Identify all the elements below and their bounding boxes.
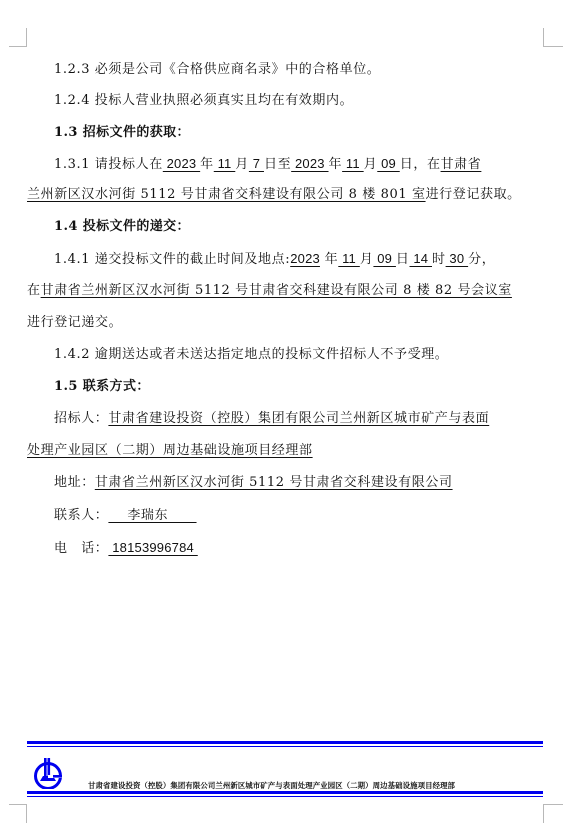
hour-field: 14	[410, 251, 432, 266]
heading-1-5: 1.5 联系方式：	[54, 379, 150, 395]
unit-text: 月	[364, 157, 378, 172]
footer-rule-bottom-thick	[27, 791, 543, 794]
phone-label: 电 话：	[54, 541, 108, 556]
clause-1-4-1: 1.4.1 递交投标文件的截止时间及地点:2023 年 11 月 09 日 14…	[54, 251, 495, 268]
unit-text: 日，在	[400, 157, 441, 172]
day-field: 7	[249, 156, 264, 171]
location-field: 兰州新区汉水河街 5112 号甘肃省交科建设有限公司 8 楼 801 室	[27, 187, 426, 202]
contact-label: 联系人：	[54, 508, 108, 523]
month-field: 11	[338, 251, 360, 266]
unit-text: 年	[329, 157, 343, 172]
address-label: 地址：	[54, 475, 95, 490]
unit-text: 时	[432, 252, 446, 267]
footer-org-name: 甘肃省建设投资（控股）集团有限公司兰州新区城市矿产与表面处理产业园区（二期）周边…	[88, 780, 455, 791]
crop-mark-top-right	[543, 28, 563, 47]
document-page: 1.2.3 必须是公司《合格供应商名录》中的合格单位。 1.2.4 投标人营业执…	[0, 0, 581, 829]
phone-value: 18153996784	[108, 540, 197, 555]
address-value: 甘肃省兰州新区汉水河街 5112 号甘肃省交科建设有限公司	[95, 475, 453, 490]
unit-text: 在	[27, 283, 41, 298]
unit-text: 年	[320, 252, 338, 267]
year-field: 2023	[163, 156, 200, 171]
unit-text: 分，	[468, 252, 495, 267]
day-field: 09	[377, 156, 399, 171]
footer-rule-top-thin	[27, 746, 543, 747]
crop-mark-bottom-right	[543, 804, 563, 823]
heading-1-4: 1.4 投标文件的递交：	[54, 219, 190, 235]
year-field: 2023	[290, 251, 320, 266]
clause-1-4-1-cont: 在甘肃省兰州新区汉水河街 5112 号甘肃省交科建设有限公司 8 楼 82 号会…	[27, 283, 512, 299]
clause-prefix: 1.4.1 递交投标文件的截止时间及地点:	[54, 252, 290, 267]
tenderer-line: 招标人：甘肃省建设投资（控股）集团有限公司兰州新区城市矿产与表面	[54, 411, 489, 427]
month-field: 11	[214, 156, 236, 171]
day-field: 09	[373, 251, 395, 266]
location-field: 甘肃省兰州新区汉水河街 5112 号甘肃省交科建设有限公司 8 楼 82 号会议…	[41, 283, 512, 298]
phone-line: 电 话： 18153996784	[54, 540, 198, 557]
crop-mark-top-left	[9, 28, 27, 47]
footer-rule-bottom-thin	[27, 796, 543, 797]
clause-1-3-1-cont: 兰州新区汉水河街 5112 号甘肃省交科建设有限公司 8 楼 801 室进行登记…	[27, 187, 521, 203]
tenderer-label: 招标人：	[54, 411, 108, 426]
footer-rule-top-thick	[27, 741, 543, 744]
location-field: 甘肃省	[441, 157, 482, 172]
year-field: 2023	[291, 156, 328, 171]
contact-value: 李瑞东	[108, 508, 196, 523]
clause-1-2-4: 1.2.4 投标人营业执照必须真实且均在有效期内。	[54, 93, 353, 109]
tenderer-value-cont: 处理产业园区（二期）周边基础设施项目经理部	[27, 443, 313, 458]
unit-text: 日	[396, 252, 410, 267]
clause-1-4-1-end: 进行登记递交。	[27, 315, 122, 331]
tenderer-line-cont: 处理产业园区（二期）周边基础设施项目经理部	[27, 443, 313, 459]
clause-prefix: 1.3.1 请投标人在	[54, 157, 163, 172]
clause-1-4-2: 1.4.2 逾期送达或者未送达指定地点的投标文件招标人不予受理。	[54, 347, 448, 363]
address-line: 地址：甘肃省兰州新区汉水河街 5112 号甘肃省交科建设有限公司	[54, 475, 453, 491]
unit-text: 月	[235, 157, 249, 172]
clause-suffix: 进行登记获取。	[426, 187, 521, 202]
company-logo-icon	[33, 755, 63, 793]
tenderer-value: 甘肃省建设投资（控股）集团有限公司兰州新区城市矿产与表面	[108, 411, 489, 426]
clause-1-2-3: 1.2.3 必须是公司《合格供应商名录》中的合格单位。	[54, 62, 380, 78]
unit-text: 日至	[264, 157, 291, 172]
minute-field: 30	[446, 251, 468, 266]
crop-mark-bottom-left	[9, 804, 27, 823]
contact-line: 联系人： 李瑞东	[54, 508, 197, 524]
unit-text: 年	[200, 157, 214, 172]
unit-text: 月	[360, 252, 374, 267]
month-field: 11	[342, 156, 364, 171]
heading-1-3: 1.3 招标文件的获取：	[54, 125, 190, 141]
clause-1-3-1: 1.3.1 请投标人在 2023 年 11 月 7 日至 2023 年 11 月…	[54, 156, 481, 173]
